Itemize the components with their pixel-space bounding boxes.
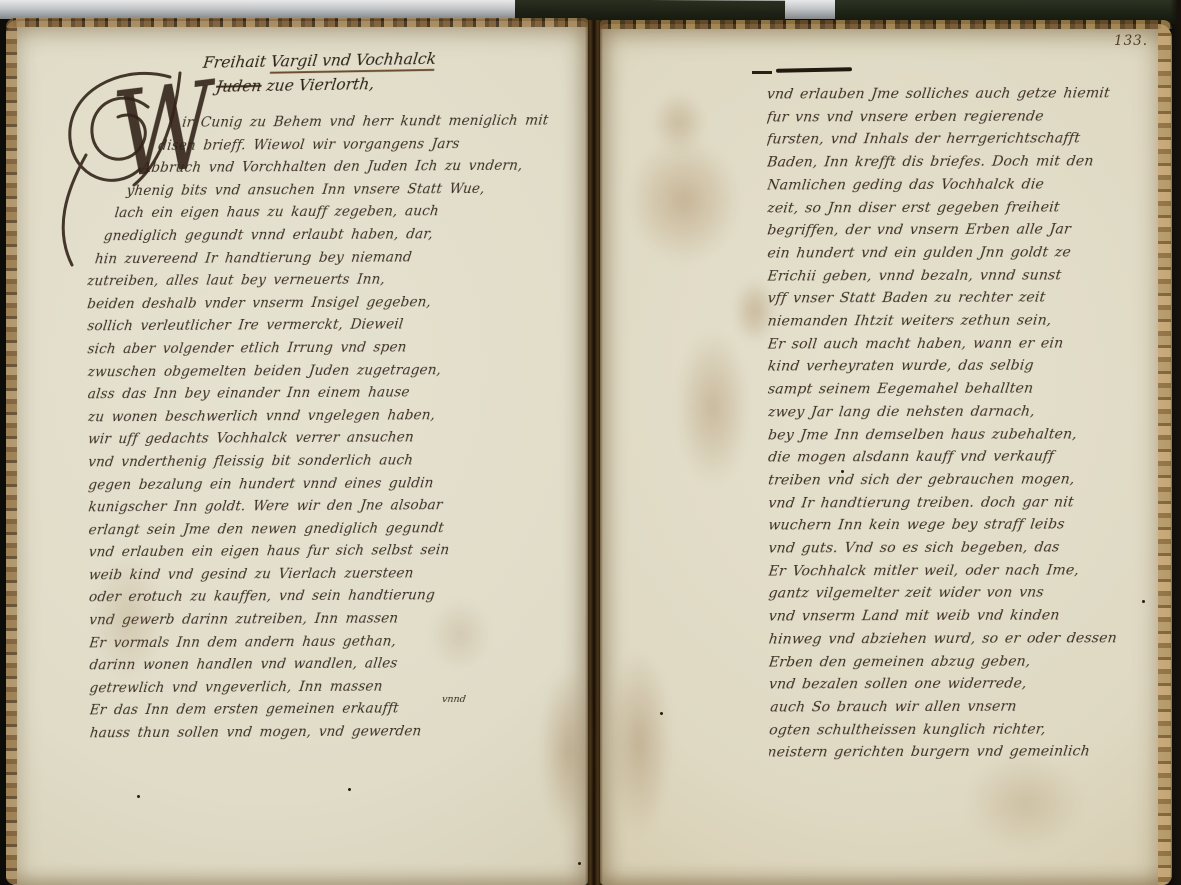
handwriting-line: vff vnser Statt Baden zu rechter zeit: [767, 287, 1125, 311]
left-page: Freihait Vargil vnd Vochhalck Juden zue …: [6, 21, 588, 885]
handwriting-line: der auch So brauch wir allen vnsern: [767, 695, 1125, 719]
ink-dot: [348, 788, 351, 791]
handwriting-line: meistern gerichten burgern vnd gemeinlic…: [767, 741, 1125, 765]
handwriting-line: Er das Inn dem ersten gemeinen erkaufft: [88, 697, 568, 723]
handwriting-line: Er Vochhalck mitler weil, oder nach Ime,: [767, 559, 1125, 583]
handwriting-line: wuchern Inn kein wege bey straff leibs: [767, 514, 1125, 538]
handwriting-line: Erichii geben, vnnd bezaln, vnnd sunst: [767, 264, 1125, 288]
handwriting-line: die mogen alsdann kauff vnd verkauff: [767, 446, 1125, 470]
handwriting-line: vnd vnserm Land mit weib vnd kinden: [767, 605, 1125, 629]
interlinear-insertion: vnnd: [441, 694, 466, 705]
page-deckle-edge: [600, 20, 1172, 29]
handwriting-line: begriffen, der vnd vnsern Erben alle Jar: [767, 219, 1125, 243]
handwriting-line: vnd erlauben ein eigen haus fur sich sel…: [87, 539, 568, 565]
handwriting-line: yhenig bits vnd ansuchen Inn vnsere Stat…: [125, 177, 566, 202]
handwriting-line: Baden, Inn krefft dis briefes. Doch mit …: [767, 150, 1125, 174]
handwriting-line: sampt seinem Eegemahel behallten: [767, 378, 1125, 402]
crossed-out-mark: [776, 67, 852, 72]
ink-dot: [1142, 600, 1145, 603]
left-page-text-block: ir Cunig zu Behem vnd herr kundt menigli…: [86, 110, 568, 758]
handwriting-line: Er soll auch macht haben, wann er ein: [767, 332, 1125, 356]
handwriting-line: zu wonen beschwerlich vnnd vngelegen hab…: [87, 403, 568, 429]
page-deckle-edge: [6, 20, 17, 884]
handwriting-line: kind verheyraten wurde, das selbig: [767, 355, 1125, 379]
handwriting-line: alss das Inn bey einander Inn einem haus…: [86, 381, 567, 407]
handwriting-line: disen brieff. Wiewol wir vorgangens Jars: [157, 132, 566, 157]
handwriting-line: sich aber volgender etlich Irrung vnd sp…: [86, 335, 567, 361]
handwriting-line: lach ein eigen haus zu kauff zegeben, au…: [113, 200, 566, 225]
photo-edge-shadow: [1170, 0, 1181, 885]
handwriting-line: Erben den gemeinen abzug geben,: [767, 650, 1125, 674]
handwriting-line: Namlichen geding das Vochhalck die: [767, 173, 1125, 197]
handwriting-line: gantz vilgemelter zeit wider von vns: [767, 582, 1125, 606]
handwriting-line: bey Jme Inn demselben haus zubehalten,: [767, 423, 1125, 447]
heading-underlined-text: Vargil vnd Vochhalck: [269, 50, 437, 74]
crossed-out-mark: [752, 71, 772, 74]
handwriting-line: Er vormals Inn dem andern haus gethan,: [88, 629, 568, 655]
handwriting-line: vnd Ir handtierung treiben. doch gar nit: [767, 491, 1125, 515]
handwriting-line: vnd erlauben Jme solliches auch getze hi…: [767, 82, 1124, 106]
handwriting-line: vnd guts. Vnd so es sich begeben, das: [767, 536, 1125, 560]
handwriting-line: kunigscher Inn goldt. Were wir den Jne a…: [87, 494, 568, 520]
handwriting-line: gnediglich gegundt vnnd erlaubt haben, d…: [102, 223, 566, 248]
handwriting-line: darinn wonen handlen vnd wandlen, alles: [88, 652, 568, 678]
handwriting-line: zwey Jar lang die nehsten darnach,: [767, 400, 1125, 424]
handwriting-line: hauss thun sollen vnd mogen, vnd gewerde…: [89, 720, 568, 746]
handwriting-line: ein hundert vnd ein gulden Jnn goldt ze: [767, 241, 1125, 265]
handwriting-line: treiben vnd sich der gebrauchen mogen,: [767, 468, 1125, 492]
handwriting-line: vnd bezalen sollen one widerrede,: [768, 673, 1126, 697]
heading-line-2: Juden zue Vierlorth,: [215, 69, 543, 99]
page-deckle-edge: [6, 18, 588, 27]
right-page-text-block: vnd erlauben Jme solliches auch getze hi…: [767, 82, 1125, 773]
ink-dot: [137, 795, 140, 798]
handwriting-line: wir uff gedachts Vochhalck verrer ansuch…: [87, 426, 568, 452]
handwriting-line: Abbruch vnd Vorchhalten den Juden Ich zu…: [140, 155, 566, 180]
handwriting-line: vogten schultheissen kunglich richter,: [767, 718, 1125, 742]
handwriting-line: sollich verleutlicher Ire vermerckt, Die…: [86, 313, 567, 339]
handwriting-line: niemanden Ihtzit weiters zethun sein,: [767, 309, 1125, 333]
handwriting-line: zwuschen obgemelten beiden Juden zugetra…: [86, 358, 567, 384]
handwriting-line: zutreiben, alles laut bey verneuerts Inn…: [86, 268, 566, 294]
heading-text: zue Vierlorth,: [260, 75, 375, 95]
handwriting-line: hin zuvereend Ir handtierung bey niemand: [94, 245, 567, 270]
handwriting-line: hinweg vnd abziehen wurd, so er oder des…: [767, 627, 1125, 651]
handwriting-line: zeit, so Jnn diser erst gegeben freiheit: [767, 196, 1125, 220]
handwriting-line: fursten, vnd Inhals der herrgerichtschaf…: [767, 128, 1125, 152]
page-heading: Freihait Vargil vnd Vochhalck Juden zue …: [199, 45, 546, 99]
heading-struck-text: Juden: [215, 77, 263, 96]
handwriting-line: oder erotuch zu kauffen, vnd sein handti…: [88, 584, 568, 610]
handwriting-line: vnd gewerb darinn zutreiben, Inn massen: [88, 607, 568, 633]
handwriting-line: erlangt sein Jme den newen gnediglich ge…: [87, 516, 568, 542]
handwriting-line: fur vns vnd vnsere erben regierende: [767, 105, 1124, 129]
ink-dot: [660, 712, 663, 715]
ink-dot: [578, 862, 581, 865]
right-page: 133. vnd erlauben Jme solliches auch get…: [600, 24, 1172, 885]
handwriting-line: ir Cunig zu Behem vnd herr kundt menigli…: [181, 110, 566, 135]
ink-dot: [841, 470, 844, 473]
folio-number: 133.: [1114, 33, 1148, 49]
manuscript-photo: Freihait Vargil vnd Vochhalck Juden zue …: [0, 0, 1181, 885]
handwriting-line: vnd vnderthenig fleissig bit sonderlich …: [87, 448, 568, 474]
handwriting-line: gegen bezalung ein hundert vnnd eines gu…: [87, 471, 568, 497]
book-gutter: [585, 20, 603, 885]
